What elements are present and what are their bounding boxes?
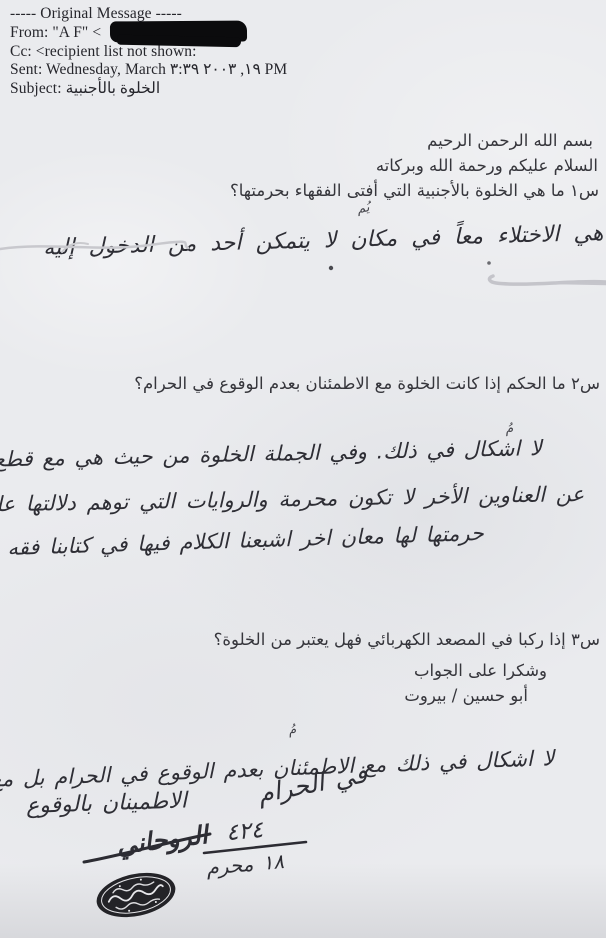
handwritten-correction-mark-2: مُ <box>504 421 514 437</box>
ink-dot <box>487 261 491 265</box>
subject-label: Subject: <box>10 80 62 97</box>
handwritten-answer-2-line-3: حرمتها لها معان اخر اشبعنا الكلام فيها ف… <box>0 521 484 562</box>
handwritten-answer-2-line-1: لا اشكال في ذلك. وفي الجملة الخلوة من حي… <box>0 436 542 473</box>
sent-line: Sent: Wednesday, March ١٩, ٢٠٠٣ ٣:٣٩ PM <box>10 61 287 80</box>
question-3: س٣ إذا ركبا في المصعد الكهربائي فهل يعتب… <box>214 630 600 649</box>
handwritten-answer-3-line-2: الاطمينان بالوقوع <box>26 788 188 819</box>
basmala-line: بسم الله الرحمن الرحيم <box>427 131 593 150</box>
handwritten-correction-mark-1: يُم <box>356 200 371 217</box>
scanned-email-document: ----- Original Message ----- From: "A F"… <box>0 0 606 938</box>
subject-line: Subject: الخلوة بالأجنبية <box>10 80 287 99</box>
sender-line: أبو حسين / بيروت <box>404 686 528 705</box>
email-header: ----- Original Message ----- From: "A F"… <box>10 5 287 99</box>
greeting-line: السلام عليكم ورحمة الله وبركاته <box>376 156 598 175</box>
cc-line: Cc: <recipient list not shown: <box>10 43 287 62</box>
subject-value: الخلوة بالأجنبية <box>66 80 161 97</box>
seal-icon <box>92 868 180 922</box>
question-1: س١ ما هي الخلوة بالأجنبية التي أفتى الفق… <box>230 181 599 200</box>
ink-dot <box>329 266 333 270</box>
handwritten-correction-mark-3: مُ <box>287 722 298 738</box>
question-2: س٢ ما الحكم إذا كانت الخلوة مع الاطمئنان… <box>134 374 600 393</box>
signature-flourish <box>78 822 318 868</box>
official-seal-stamp <box>92 868 180 927</box>
handwritten-answer-2-line-2: عن العناوين الأخر لا تكون محرمة والروايا… <box>0 482 584 517</box>
handwritten-answer-1: هي الاختلاء معاً في مكان لا يتمكن أحد من… <box>43 221 604 261</box>
thanks-line: وشكرا على الجواب <box>414 661 547 680</box>
